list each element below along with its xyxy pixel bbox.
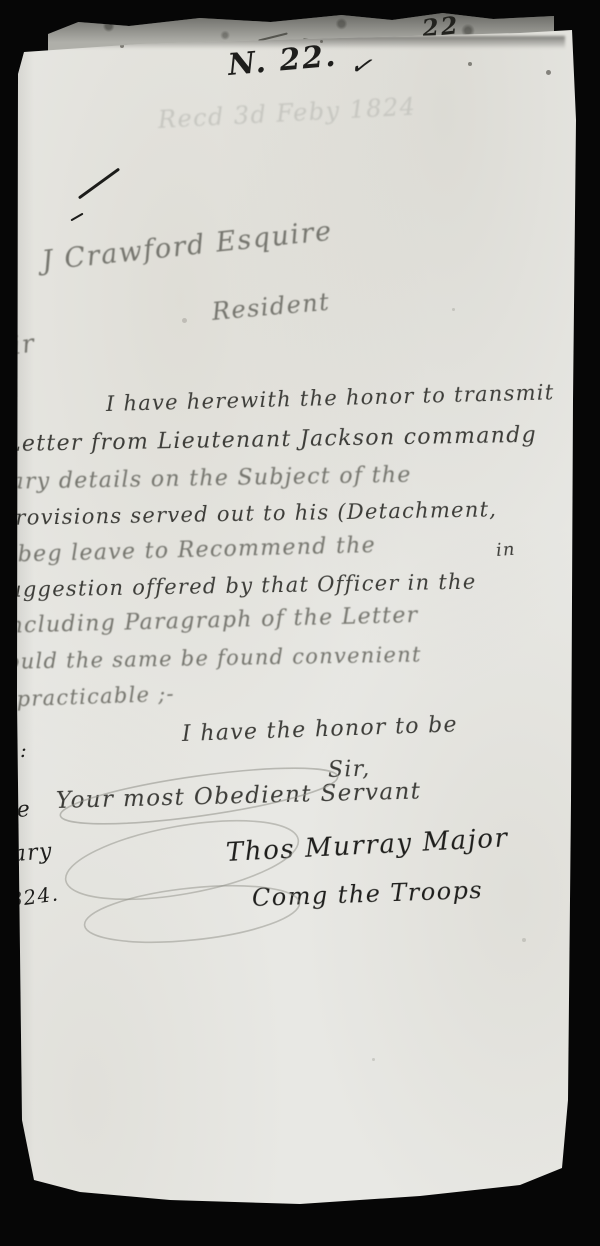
check-mark-icon: ✓ (348, 50, 375, 83)
address-recipient: J Crawford Esquire (40, 216, 334, 277)
paper-speck (320, 40, 323, 43)
margin-date-fragment: que (0, 797, 32, 825)
body-line: oncluding Paragraph of the Letter (0, 603, 419, 639)
document-scan: 22 N. 22. ✓ Recd 3d Feby 1824 J Crawford… (0, 0, 600, 1246)
paper-speck (546, 70, 551, 75)
salutation: Sir (0, 328, 37, 363)
ink-stroke (70, 213, 83, 222)
signature-flourish (34, 764, 324, 944)
body-line: Letter from Lieutenant Jackson commandg (6, 423, 537, 457)
closing-line: I have the honor to be (182, 712, 459, 747)
body-line: Provisions served out to his (Detachment… (0, 497, 497, 530)
margin-punctuation: : (20, 738, 28, 762)
body-line: hould the same be found convenient (0, 643, 422, 674)
ink-stroke (78, 168, 120, 200)
body-line: suggestion offered by that Officer in th… (0, 570, 477, 602)
body-line: d beg leave to Recommend the (0, 533, 376, 568)
stray-mark: in (495, 539, 516, 561)
paper-speck (372, 1058, 375, 1061)
address-title: Resident (211, 288, 331, 326)
paper-speck (452, 308, 455, 311)
paper-speck (182, 318, 187, 323)
paper-speck (522, 938, 526, 942)
paper-speck (468, 62, 472, 66)
manuscript-page: N. 22. ✓ Recd 3d Feby 1824 J Crawford Es… (0, 0, 600, 1246)
body-line: itary details on the Subject of the (0, 463, 412, 495)
body-line: d practicable ;- (0, 682, 175, 712)
body-line: I have herewith the honor to transmit (106, 380, 555, 416)
received-note: Recd 3d Feby 1824 (157, 92, 417, 133)
